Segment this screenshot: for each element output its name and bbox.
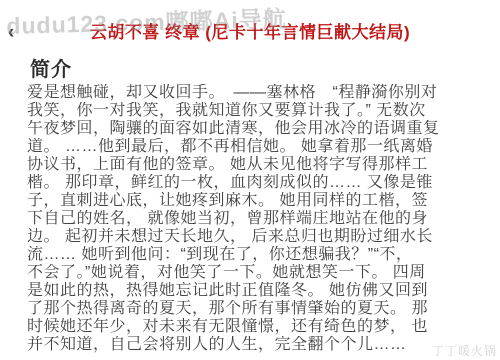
intro-line: 协议书，上面有他的签章。 她从未见他将字写得那样工 — [27, 156, 473, 174]
chapter-title: 云胡不喜 终章 (尼卡十年言情巨献大结局) — [0, 22, 500, 44]
section-heading: 简介 — [30, 53, 72, 82]
intro-line: 下自己的姓名， 就像她当初，曾那样端庄地站在他的身 — [27, 210, 473, 228]
intro-line: 子，直刺进心底，让她疼到麻木。 她用同样的工楷，签 — [27, 192, 473, 210]
intro-line: 流…… 她听到他问：“到现在了，你还想骗我？”“不， — [27, 246, 473, 264]
intro-line: 并不知道，自己会将别人的人生，完全翻个个儿…… — [27, 336, 473, 354]
intro-line: 时候她还年少，对未来有无限憧憬，还有绮色的梦， 也 — [27, 318, 473, 336]
intro-line: 午夜梦回，陶骧的面容如此清寒，他会用冰冷的语调重复 — [27, 120, 473, 138]
reader-page: ‹ 云胡不喜 终章 (尼卡十年言情巨献大结局) dudu123.com嘟嘟Ai导… — [0, 0, 500, 360]
intro-line: 不会了。”她说着，对他笑了一下。她就想笑一下。 四周 — [27, 264, 473, 282]
intro-line: 楷。 那印章，鲜红的一枚，血肉刻成似的…… 又像是锥 — [27, 174, 473, 192]
intro-line: 是如此的热，热得她忘记此时正值隆冬。 她仿佛又回到 — [27, 282, 473, 300]
intro-line: 了那个热得离奇的夏天，那个所有事情肇始的夏天。 那 — [27, 300, 473, 318]
top-bar: ‹ 云胡不喜 终章 (尼卡十年言情巨献大结局) — [0, 22, 500, 46]
intro-line: 道。 ……他到最后，都不再相信她。 她拿着那一纸离婚 — [27, 138, 473, 156]
intro-line: 边。 起初并未想过天长地久， 后来总归也期盼过细水长 — [27, 228, 473, 246]
back-icon[interactable]: ‹ — [2, 23, 20, 43]
intro-line: 我笑，你一对我笑，我就知道你又要算计我了。” 无数次 — [27, 102, 473, 120]
intro-text: 爱是想触碰，却又收回手。 ——塞林格 “程静漪你别对我笑，你一对我笑，我就知道你… — [27, 84, 473, 354]
intro-line: 爱是想触碰，却又收回手。 ——塞林格 “程静漪你别对 — [27, 84, 473, 102]
